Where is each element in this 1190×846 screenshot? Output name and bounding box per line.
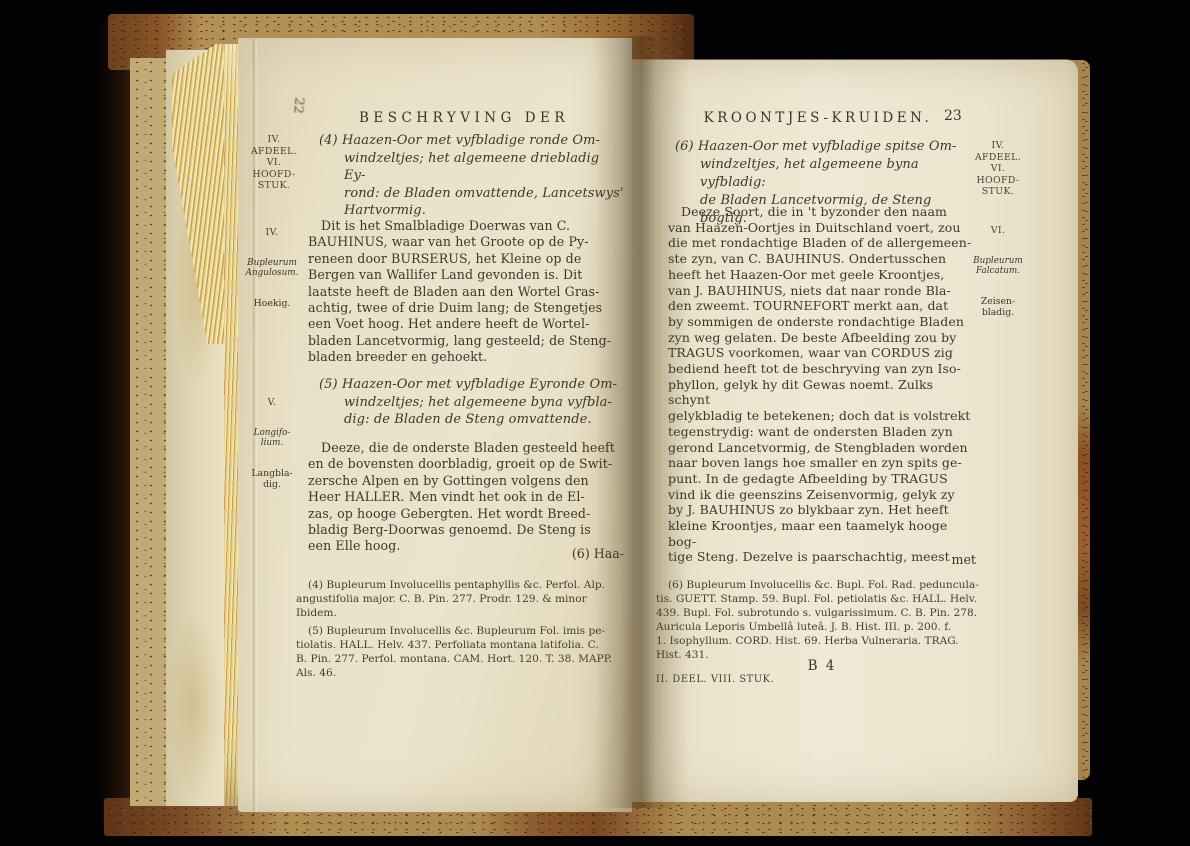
species-5-heading: (5) Haazen-Oor met vyfbladige Eyronde Om…	[312, 376, 624, 429]
margin-species-latin: Longifo- lium.	[238, 428, 306, 449]
footnote-4: (4) Bupleurum Involucellis pentaphyllis …	[296, 578, 624, 620]
paragraph-4: Dit is het Smalbladige Doerwas van C. BA…	[308, 218, 624, 366]
margin-species-dutch: Hoekig.	[238, 298, 306, 309]
volume-line: II. DEEL. VIII. STUK.	[656, 674, 774, 685]
species-4-heading: (4) Haazen-Oor met vyfbladige ronde Om- …	[312, 132, 624, 220]
paragraph-6: Deeze Soort, die in 't byzonder den naam…	[668, 204, 976, 565]
left-margin-species-5-note: V. Longifo- lium. Langbla- dig.	[238, 378, 306, 509]
margin-species-number: V.	[238, 397, 306, 409]
left-catchword: (6) Haa-	[308, 546, 624, 561]
left-page: 22 BESCHRYVING DER IV. AFDEEL. VI. HOOFD…	[238, 38, 632, 812]
margin-species-latin: Bupleurum Angulosum.	[238, 258, 306, 279]
right-catchword: met	[668, 552, 976, 567]
left-page-number: 22	[290, 97, 306, 115]
book-photo: 22 BESCHRYVING DER IV. AFDEEL. VI. HOOFD…	[0, 0, 1190, 846]
paragraph-5: Deeze, die de onderste Bladen gesteeld h…	[308, 440, 624, 555]
right-running-header: KROONTJES-KRUIDEN.	[668, 110, 968, 126]
footnote-6: (6) Bupleurum Involucellis &c. Bupl. Fol…	[656, 578, 982, 662]
right-page: KROONTJES-KRUIDEN. 23 IV. AFDEEL. VI. HO…	[632, 60, 1078, 802]
left-margin-species-4-note: IV. Bupleurum Angulosum. Hoekig.	[238, 208, 306, 328]
left-running-header: BESCHRYVING DER	[308, 110, 620, 126]
left-margin-chapter-note: IV. AFDEEL. VI. HOOFD- STUK.	[242, 134, 306, 192]
margin-species-dutch: Langbla- dig.	[238, 468, 306, 490]
page-stain	[168, 610, 220, 800]
gathering-signature: B 4	[668, 658, 976, 674]
right-page-number: 23	[944, 108, 962, 124]
footnote-5: (5) Bupleurum Involucellis &c. Bupleurum…	[296, 624, 624, 680]
margin-species-number: IV.	[238, 227, 306, 239]
